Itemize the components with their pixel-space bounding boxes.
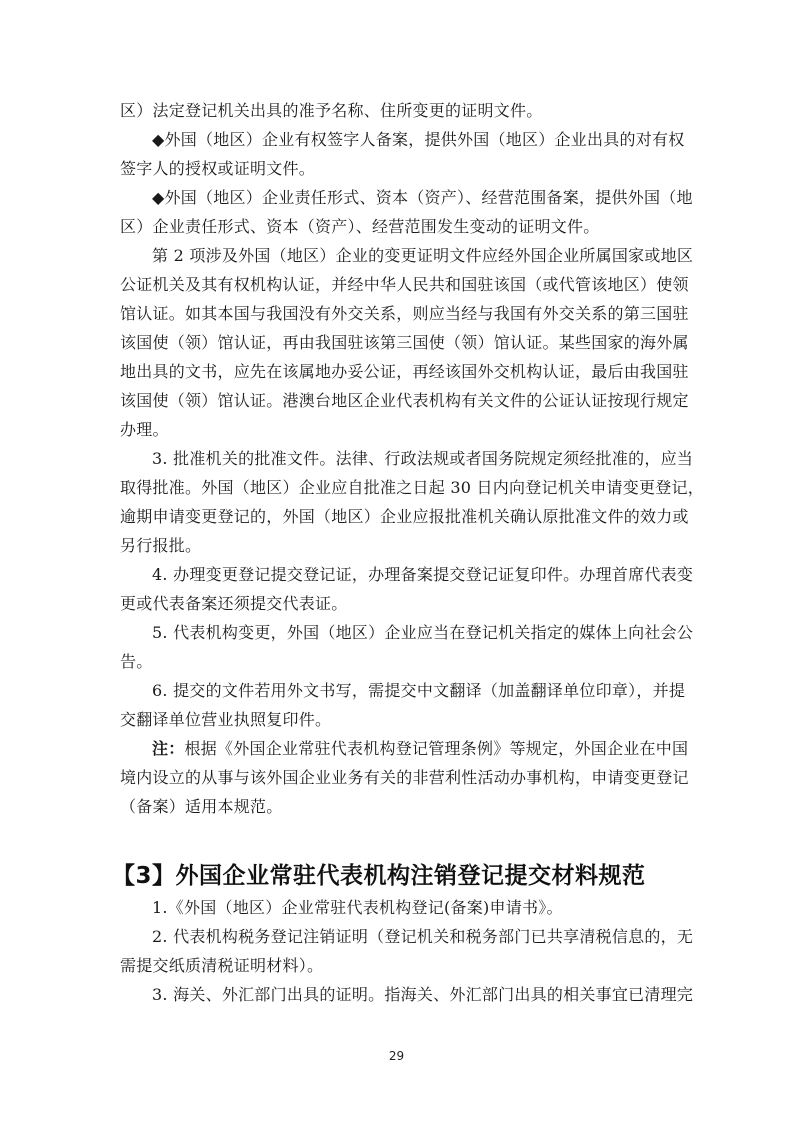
paragraph-line: 地出具的文书，应先在该属地办妥公证，再经该国外交机构认证，最后由我国驻 (120, 357, 674, 386)
list-item-1: 1.《外国（地区）企业常驻代表机构登记(备案)申请书》。 (120, 893, 674, 922)
list-item-3: 3. 海关、外汇部门出具的证明。指海关、外汇部门出具的相关事宜已清理完 (120, 980, 674, 1009)
note-text: 根据《外国企业常驻代表机构登记管理条例》等规定，外国企业在中国 (185, 739, 689, 758)
paragraph-line: 交翻译单位营业执照复印件。 (120, 705, 674, 734)
list-item-5: 5. 代表机构变更，外国（地区）企业应当在登记机关指定的媒体上向社会公 (120, 618, 674, 647)
list-item-2: 2. 代表机构税务登记注销证明（登记机关和税务部门已共享清税信息的，无 (120, 922, 674, 951)
note-line: （备案）适用本规范。 (120, 792, 674, 821)
paragraph-line: 该国使（领）馆认证，再由我国驻该第三国使（领）馆认证。某些国家的海外属 (120, 328, 674, 357)
paragraph-line: 公证机关及其有权机构认证，并经中华人民共和国驻该国（或代管该地区）使领 (120, 270, 674, 299)
list-item-6: 6. 提交的文件若用外文书写，需提交中文翻译（加盖翻译单位印章），并提 (120, 676, 674, 705)
paragraph-line: 馆认证。如其本国与我国没有外交关系，则应当经与我国有外交关系的第三国驻 (120, 299, 674, 328)
page-number: 29 (0, 1049, 793, 1063)
list-item-3: 3. 批准机关的批准文件。法律、行政法规或者国务院规定须经批准的，应当 (120, 444, 674, 473)
paragraph-line: 需提交纸质清税证明材料）。 (120, 951, 674, 980)
section-body: 1.《外国（地区）企业常驻代表机构登记(备案)申请书》。 2. 代表机构税务登记… (120, 893, 674, 1009)
paragraph-line: 逾期申请变更登记的，外国（地区）企业应报批准机关确认原批准文件的效力或 (120, 502, 674, 531)
paragraph-line: 区）法定登记机关出具的准予名称、住所变更的证明文件。 (120, 96, 674, 125)
paragraph-line: 另行报批。 (120, 531, 674, 560)
paragraph-line: 第 2 项涉及外国（地区）企业的变更证明文件应经外国企业所属国家或地区 (120, 241, 674, 270)
paragraph-line: 更或代表备案还须提交代表证。 (120, 589, 674, 618)
document-body: 区）法定登记机关出具的准予名称、住所变更的证明文件。 ◆外国（地区）企业有权签字… (120, 96, 674, 821)
bullet-item: ◆外国（地区）企业责任形式、资本（资产）、经营范围备案，提供外国（地 (120, 183, 674, 212)
paragraph-line: 签字人的授权或证明文件。 (120, 154, 674, 183)
list-item-4: 4. 办理变更登记提交登记证，办理备案提交登记证复印件。办理首席代表变 (120, 560, 674, 589)
paragraph-line: 取得批准。外国（地区）企业应自批准之日起 30 日内向登记机关申请变更登记， (120, 473, 674, 502)
note-line: 注：根据《外国企业常驻代表机构登记管理条例》等规定，外国企业在中国 (120, 734, 674, 763)
paragraph-line: 办理。 (120, 415, 674, 444)
bullet-item: ◆外国（地区）企业有权签字人备案，提供外国（地区）企业出具的对有权 (120, 125, 674, 154)
paragraph-line: 区）企业责任形式、资本（资产）、经营范围发生变动的证明文件。 (120, 212, 674, 241)
section-heading: 【3】外国企业常驻代表机构注销登记提交材料规范 (112, 857, 646, 890)
paragraph-line: 该国使（领）馆认证。港澳台地区企业代表机构有关文件的公证认证按现行规定 (120, 386, 674, 415)
note-label: 注： (152, 739, 185, 758)
paragraph-line: 告。 (120, 647, 674, 676)
note-line: 境内设立的从事与该外国企业业务有关的非营利性活动办事机构，申请变更登记 (120, 763, 674, 792)
